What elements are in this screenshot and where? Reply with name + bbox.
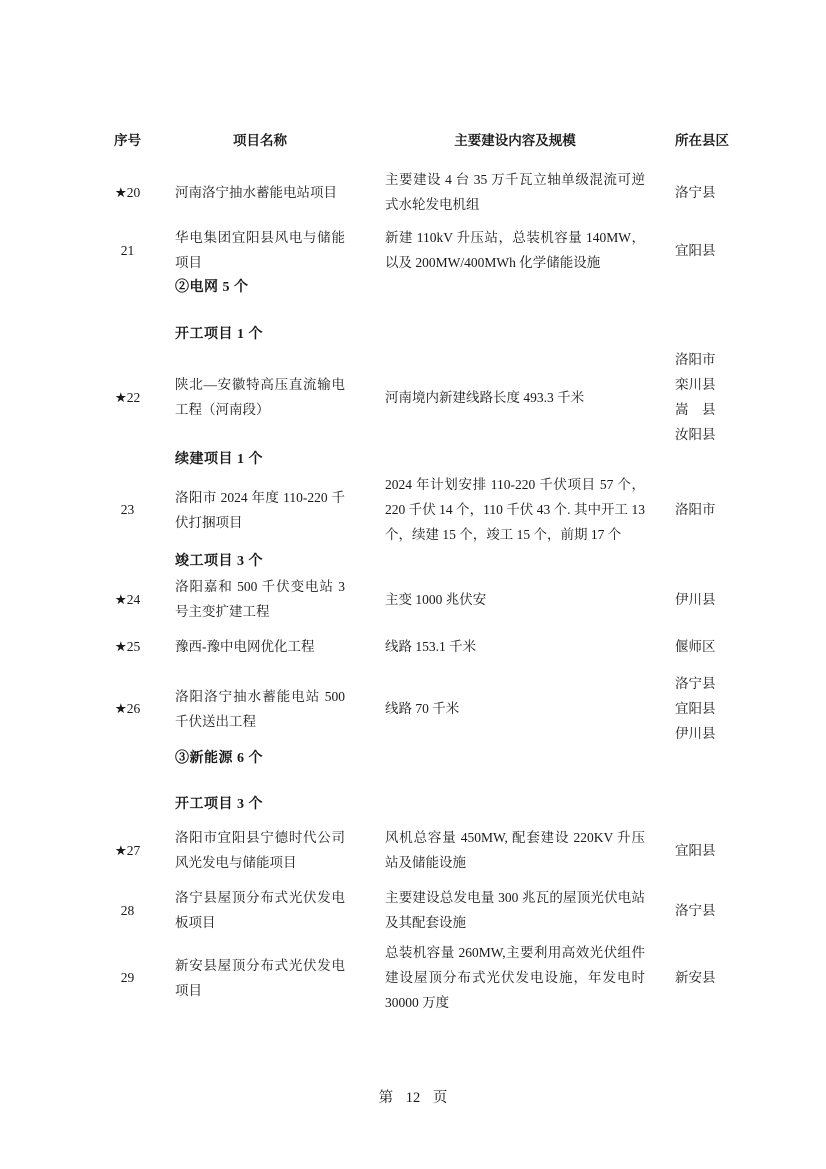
subsection-heading-start-renewables: 开工项目 3 个 xyxy=(175,792,748,817)
project-content: 主变 1000 兆伏安 xyxy=(385,587,675,612)
subsection-heading-complete: 竣工项目 3 个 xyxy=(175,549,748,574)
project-content: 河南境内新建线路长度 493.3 千米 xyxy=(385,385,675,410)
row-number: ★22 xyxy=(100,385,175,410)
project-table: 序号 项目名称 主要建设内容及规模 所在县区 ★20 河南洛宁抽水蓄能电站项目 … xyxy=(100,128,748,1015)
project-content: 线路 153.1 千米 xyxy=(385,634,675,659)
header-county: 所在县区 xyxy=(675,128,748,153)
project-county: 伊川县 xyxy=(675,587,748,612)
header-content: 主要建设内容及规模 xyxy=(385,128,675,153)
project-name: 河南洛宁抽水蓄能电站项目 xyxy=(175,180,385,205)
section-heading-renewables: ③新能源 6 个 xyxy=(175,746,748,771)
subsection-heading-start: 开工项目 1 个 xyxy=(175,322,748,347)
project-name: 洛阳嘉和 500 千伏变电站 3 号主变扩建工程 xyxy=(175,574,385,624)
project-county: 洛宁县 宜阳县 伊川县 xyxy=(675,671,748,746)
project-county: 宜阳县 xyxy=(675,238,748,263)
project-name: 新安县屋顶分布式光伏发电项目 xyxy=(175,953,385,1003)
table-row: ★22 陕北—安徽特高压直流输电工程（河南段） 河南境内新建线路长度 493.3… xyxy=(100,347,748,447)
table-header-row: 序号 项目名称 主要建设内容及规模 所在县区 xyxy=(100,128,748,153)
project-content: 新建 110kV 升压站，总装机容量 140MW，以及 200MW/400MWh… xyxy=(385,225,675,275)
row-number: 21 xyxy=(100,238,175,263)
project-name: 洛阳市 2024 年度 110-220 千伏打捆项目 xyxy=(175,485,385,535)
project-content: 总装机容量 260MW,主要利用高效光伏组件建设屋顶分布式光伏发电设施，年发电时… xyxy=(385,940,675,1015)
project-county: 新安县 xyxy=(675,965,748,990)
row-number: ★24 xyxy=(100,587,175,612)
header-name: 项目名称 xyxy=(175,128,385,153)
document-page: 序号 项目名称 主要建设内容及规模 所在县区 ★20 河南洛宁抽水蓄能电站项目 … xyxy=(0,0,826,1169)
project-content: 线路 70 千米 xyxy=(385,696,675,721)
project-name: 陕北—安徽特高压直流输电工程（河南段） xyxy=(175,372,385,422)
table-row: 21 华电集团宜阳县风电与储能项目 新建 110kV 升压站，总装机容量 140… xyxy=(100,225,748,275)
row-number: 29 xyxy=(100,965,175,990)
project-content: 2024 年计划安排 110-220 千伏项目 57 个，220 千伏 14 个… xyxy=(385,472,675,547)
table-row: 28 洛宁县屋顶分布式光伏发电板项目 主要建设总发电量 300 兆瓦的屋顶光伏电… xyxy=(100,885,748,935)
table-row: ★20 河南洛宁抽水蓄能电站项目 主要建设 4 台 35 万千瓦立轴单级混流可逆… xyxy=(100,167,748,217)
row-number: ★27 xyxy=(100,838,175,863)
project-name: 华电集团宜阳县风电与储能项目 xyxy=(175,225,385,275)
table-row: ★26 洛阳洛宁抽水蓄能电站 500 千伏送出工程 线路 70 千米 洛宁县 宜… xyxy=(100,671,748,746)
project-county: 洛宁县 xyxy=(675,898,748,923)
project-county: 洛阳市 xyxy=(675,497,748,522)
row-number: 23 xyxy=(100,497,175,522)
table-row: ★27 洛阳市宜阳县宁德时代公司风光发电与储能项目 风机总容量 450MW, 配… xyxy=(100,825,748,875)
table-row: ★25 豫西-豫中电网优化工程 线路 153.1 千米 偃师区 xyxy=(100,634,748,659)
project-county: 偃师区 xyxy=(675,634,748,659)
project-county: 洛宁县 xyxy=(675,180,748,205)
table-row: ★24 洛阳嘉和 500 千伏变电站 3 号主变扩建工程 主变 1000 兆伏安… xyxy=(100,574,748,624)
row-number: 28 xyxy=(100,898,175,923)
row-number: ★25 xyxy=(100,634,175,659)
table-row: 29 新安县屋顶分布式光伏发电项目 总装机容量 260MW,主要利用高效光伏组件… xyxy=(100,940,748,1015)
subsection-heading-continue: 续建项目 1 个 xyxy=(175,447,748,472)
section-heading-grid: ②电网 5 个 xyxy=(175,275,748,300)
row-number: ★26 xyxy=(100,696,175,721)
project-name: 洛宁县屋顶分布式光伏发电板项目 xyxy=(175,885,385,935)
project-county: 洛阳市 栾川县 嵩 县 汝阳县 xyxy=(675,347,748,447)
header-no: 序号 xyxy=(100,128,175,153)
project-county: 宜阳县 xyxy=(675,838,748,863)
project-content: 主要建设总发电量 300 兆瓦的屋顶光伏电站及其配套设施 xyxy=(385,885,675,935)
project-name: 豫西-豫中电网优化工程 xyxy=(175,634,385,659)
project-content: 风机总容量 450MW, 配套建设 220KV 升压站及储能设施 xyxy=(385,825,675,875)
page-number-footer: 第 12 页 xyxy=(0,1086,826,1107)
project-content: 主要建设 4 台 35 万千瓦立轴单级混流可逆式水轮发电机组 xyxy=(385,167,675,217)
project-name: 洛阳洛宁抽水蓄能电站 500 千伏送出工程 xyxy=(175,684,385,734)
table-row: 23 洛阳市 2024 年度 110-220 千伏打捆项目 2024 年计划安排… xyxy=(100,472,748,547)
project-name: 洛阳市宜阳县宁德时代公司风光发电与储能项目 xyxy=(175,825,385,875)
row-number: ★20 xyxy=(100,180,175,205)
